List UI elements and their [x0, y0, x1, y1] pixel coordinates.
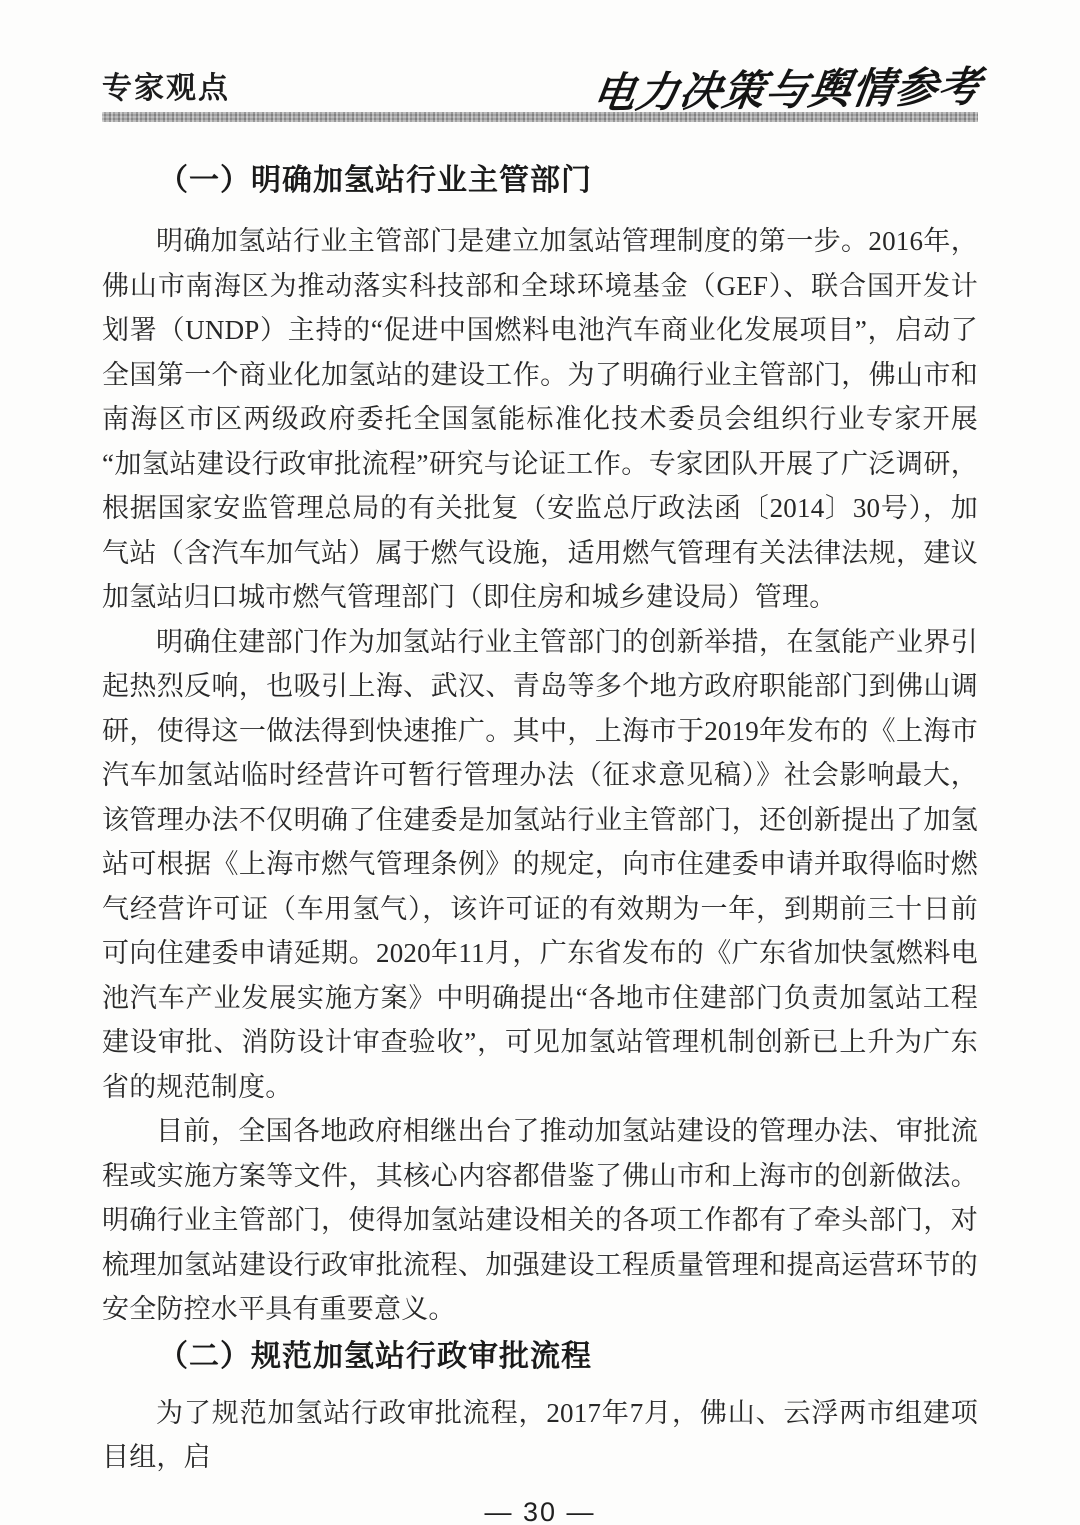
- section-2-paragraph-1: 为了规范加氢站行政审批流程，2017年7月，佛山、云浮两市组建项目组，启: [102, 1391, 978, 1480]
- section-2-heading: （二）规范加氢站行政审批流程: [102, 1342, 978, 1372]
- section-1-paragraph-2: 明确住建部门作为加氢站行业主管部门的创新举措，在氢能产业界引起热烈反响，也吸引上…: [102, 620, 978, 1110]
- section-1-paragraph-1: 明确加氢站行业主管部门是建立加氢站管理制度的第一步。2016年，佛山市南海区为推…: [102, 219, 978, 620]
- page-header: 专家观点 电力决策与舆情参考: [102, 0, 978, 110]
- masthead-calligraphy-title: 电力决策与舆情参考: [590, 66, 984, 117]
- header-section-label: 专家观点: [102, 74, 230, 110]
- section-1-heading: （一）明确加氢站行业主管部门: [102, 166, 978, 196]
- page-footer: — 30 —: [0, 1497, 1080, 1525]
- document-body: （一）明确加氢站行业主管部门 明确加氢站行业主管部门是建立加氢站管理制度的第一步…: [102, 166, 978, 1480]
- section-1-paragraph-3: 目前，全国各地政府相继出台了推动加氢站建设的管理办法、审批流程或实施方案等文件，…: [102, 1109, 978, 1332]
- header-divider-bar: [102, 112, 978, 122]
- document-page: 专家观点 电力决策与舆情参考 （一）明确加氢站行业主管部门 明确加氢站行业主管部…: [0, 0, 1080, 1525]
- page-number: — 30 —: [484, 1497, 595, 1525]
